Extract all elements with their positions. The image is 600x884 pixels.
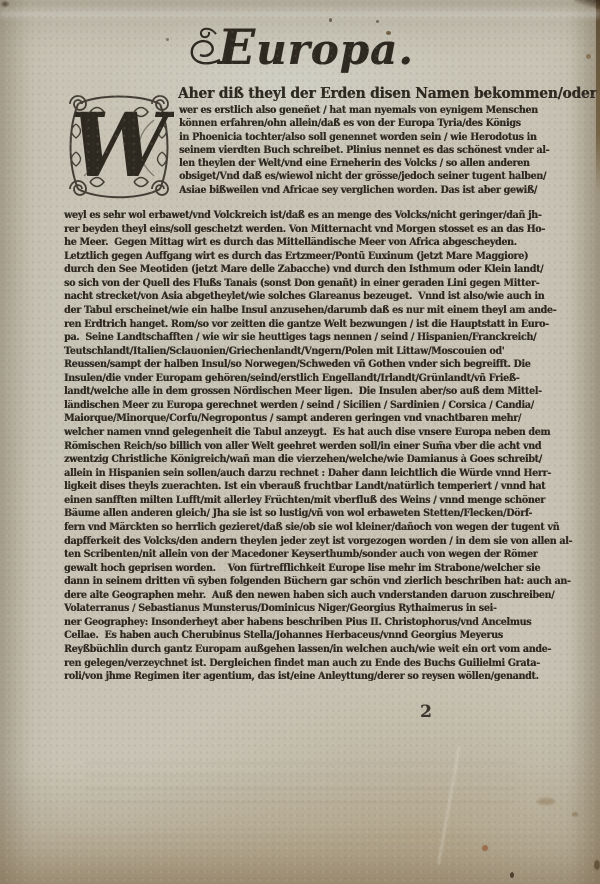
text-line: der Tabul erscheinet/wie ein halbe Insul… <box>64 304 572 318</box>
text-line: ländischen Meer zu Europa gerechnet werd… <box>64 399 572 413</box>
opening-line: Aher diß theyl der Erden disen Namen bek… <box>178 84 597 102</box>
text-line: seinem vierdten Buch schreibet. Plinius … <box>179 144 549 157</box>
text-line: dere alte Geographen mehr. Auß den newen… <box>64 589 572 603</box>
text-line: fern vnd Märckten so herrlich gezieret/d… <box>64 521 572 535</box>
text-line: ner Geographey: Insonderheyt aber habens… <box>64 616 572 630</box>
text-block: W Aher diß theyl der Erden disen Namen b… <box>64 87 553 693</box>
text-line: dapfferkeit des Volcks/den andern theyle… <box>64 535 572 549</box>
text-line: pa. Seine Landtschafften / wie wir sie h… <box>64 331 572 345</box>
text-line: Römischen Reich/so billich von aller Wel… <box>64 440 572 454</box>
drop-cap-letter: W <box>70 93 174 197</box>
paper-crease <box>438 746 461 865</box>
page-number: 2 <box>420 702 432 722</box>
body-paragraph: weyl es sehr wol erbawet/vnd Volckreich … <box>64 209 599 684</box>
foxing-spot <box>482 845 488 851</box>
text-line: durch den See Meotiden (jetzt Mare delle… <box>64 263 572 277</box>
text-line: zwentzig Christliche Königreich/wañ man … <box>64 453 572 467</box>
paper-crease <box>0 10 600 18</box>
text-line: dann in seinem dritten vñ syben folgende… <box>64 575 572 589</box>
page-header: Europa. <box>0 22 600 80</box>
text-line: ligkeit dises theyls zuerachten. Ist ein… <box>64 480 572 494</box>
text-line: Insulen/die vnder Europam gehören/seind/… <box>64 372 572 386</box>
text-line: so sich von der Quell des Flußs Tanais (… <box>64 277 572 291</box>
text-line: Teutschlandt/Italien/Sclauonien/Griechen… <box>64 345 572 359</box>
drop-cap-w-woodcut: W <box>64 90 174 204</box>
text-line: Reussen/sampt der halben Insul/so Norweg… <box>64 358 572 372</box>
text-line: ten Scribenten/nit allein von der Macedo… <box>64 548 572 562</box>
text-line: obsiget/Vnd daß es/wiewol nicht der grös… <box>179 170 549 183</box>
corner-shadow <box>0 0 10 8</box>
text-line: welcher namen vnnd gelegenheit die Tabul… <box>64 426 572 440</box>
text-line: Maiorque/Minorque/Corfu/Negropontus / sa… <box>64 412 572 426</box>
text-line: in Phoenicia tochter/also soll genennet … <box>179 131 549 144</box>
text-line: Volaterranus / Sebastianus Munsterus/Dom… <box>64 602 572 616</box>
text-line: ren Erdtrich hanget. Rom/so vor zeitten … <box>64 318 572 332</box>
text-line: einen sanfften milten Lufft/mit allerley… <box>64 494 572 508</box>
text-line: Cellae. Es haben auch Cherubinus Stella/… <box>64 629 572 643</box>
corner-shadow <box>574 0 600 9</box>
text-line: Bäume allen anderen gleich/ Jha sie ist … <box>64 507 572 521</box>
text-line: len theylen der Welt/vnd eine Erneherin … <box>179 157 549 170</box>
text-line: Letztlich gegen Auffgang wirt es durch d… <box>64 250 572 264</box>
show-through-band <box>85 762 515 804</box>
text-line: gewalt hoch geprisen worden. Von fürtref… <box>64 562 572 576</box>
book-page-photo: Europa. W <box>0 0 600 884</box>
page-title: Europa. <box>218 22 414 76</box>
text-line: Reyßbüchlin durch gantz Europam außgehen… <box>64 643 572 657</box>
text-line: landt/welche alle in dem grossen Nördisc… <box>64 385 572 399</box>
text-line: ren gelegen/verzeychnet ist. Dergleichen… <box>64 657 572 671</box>
ink-speck <box>510 872 514 878</box>
text-line: rer beyden theyl eins/soll geschetzt wer… <box>64 223 572 237</box>
text-line: Asiae bißweilen vnd Africae sey verglich… <box>179 184 549 197</box>
text-line: allein in Hispanien sein sollen/auch dar… <box>64 467 572 481</box>
text-line: roli/von jhme Regimen iter agentium, das… <box>64 670 572 684</box>
text-line: wer es erstlich also geneñet / hat man n… <box>179 104 549 117</box>
text-line: nacht strecket/von Asia abgetheylet/wie … <box>64 290 572 304</box>
text-line: he Meer. Gegen Mittag wirt es durch das … <box>64 236 572 250</box>
text-line: weyl es sehr wol erbawet/vnd Volckreich … <box>64 209 572 223</box>
indented-paragraph: wer es erstlich also geneñet / hat man n… <box>179 104 569 197</box>
foxing-spot <box>572 812 578 817</box>
edge-speck <box>594 860 600 870</box>
stain-smudge <box>537 798 555 805</box>
text-line: können erfahren/ohn allein/daß es von de… <box>179 117 549 130</box>
